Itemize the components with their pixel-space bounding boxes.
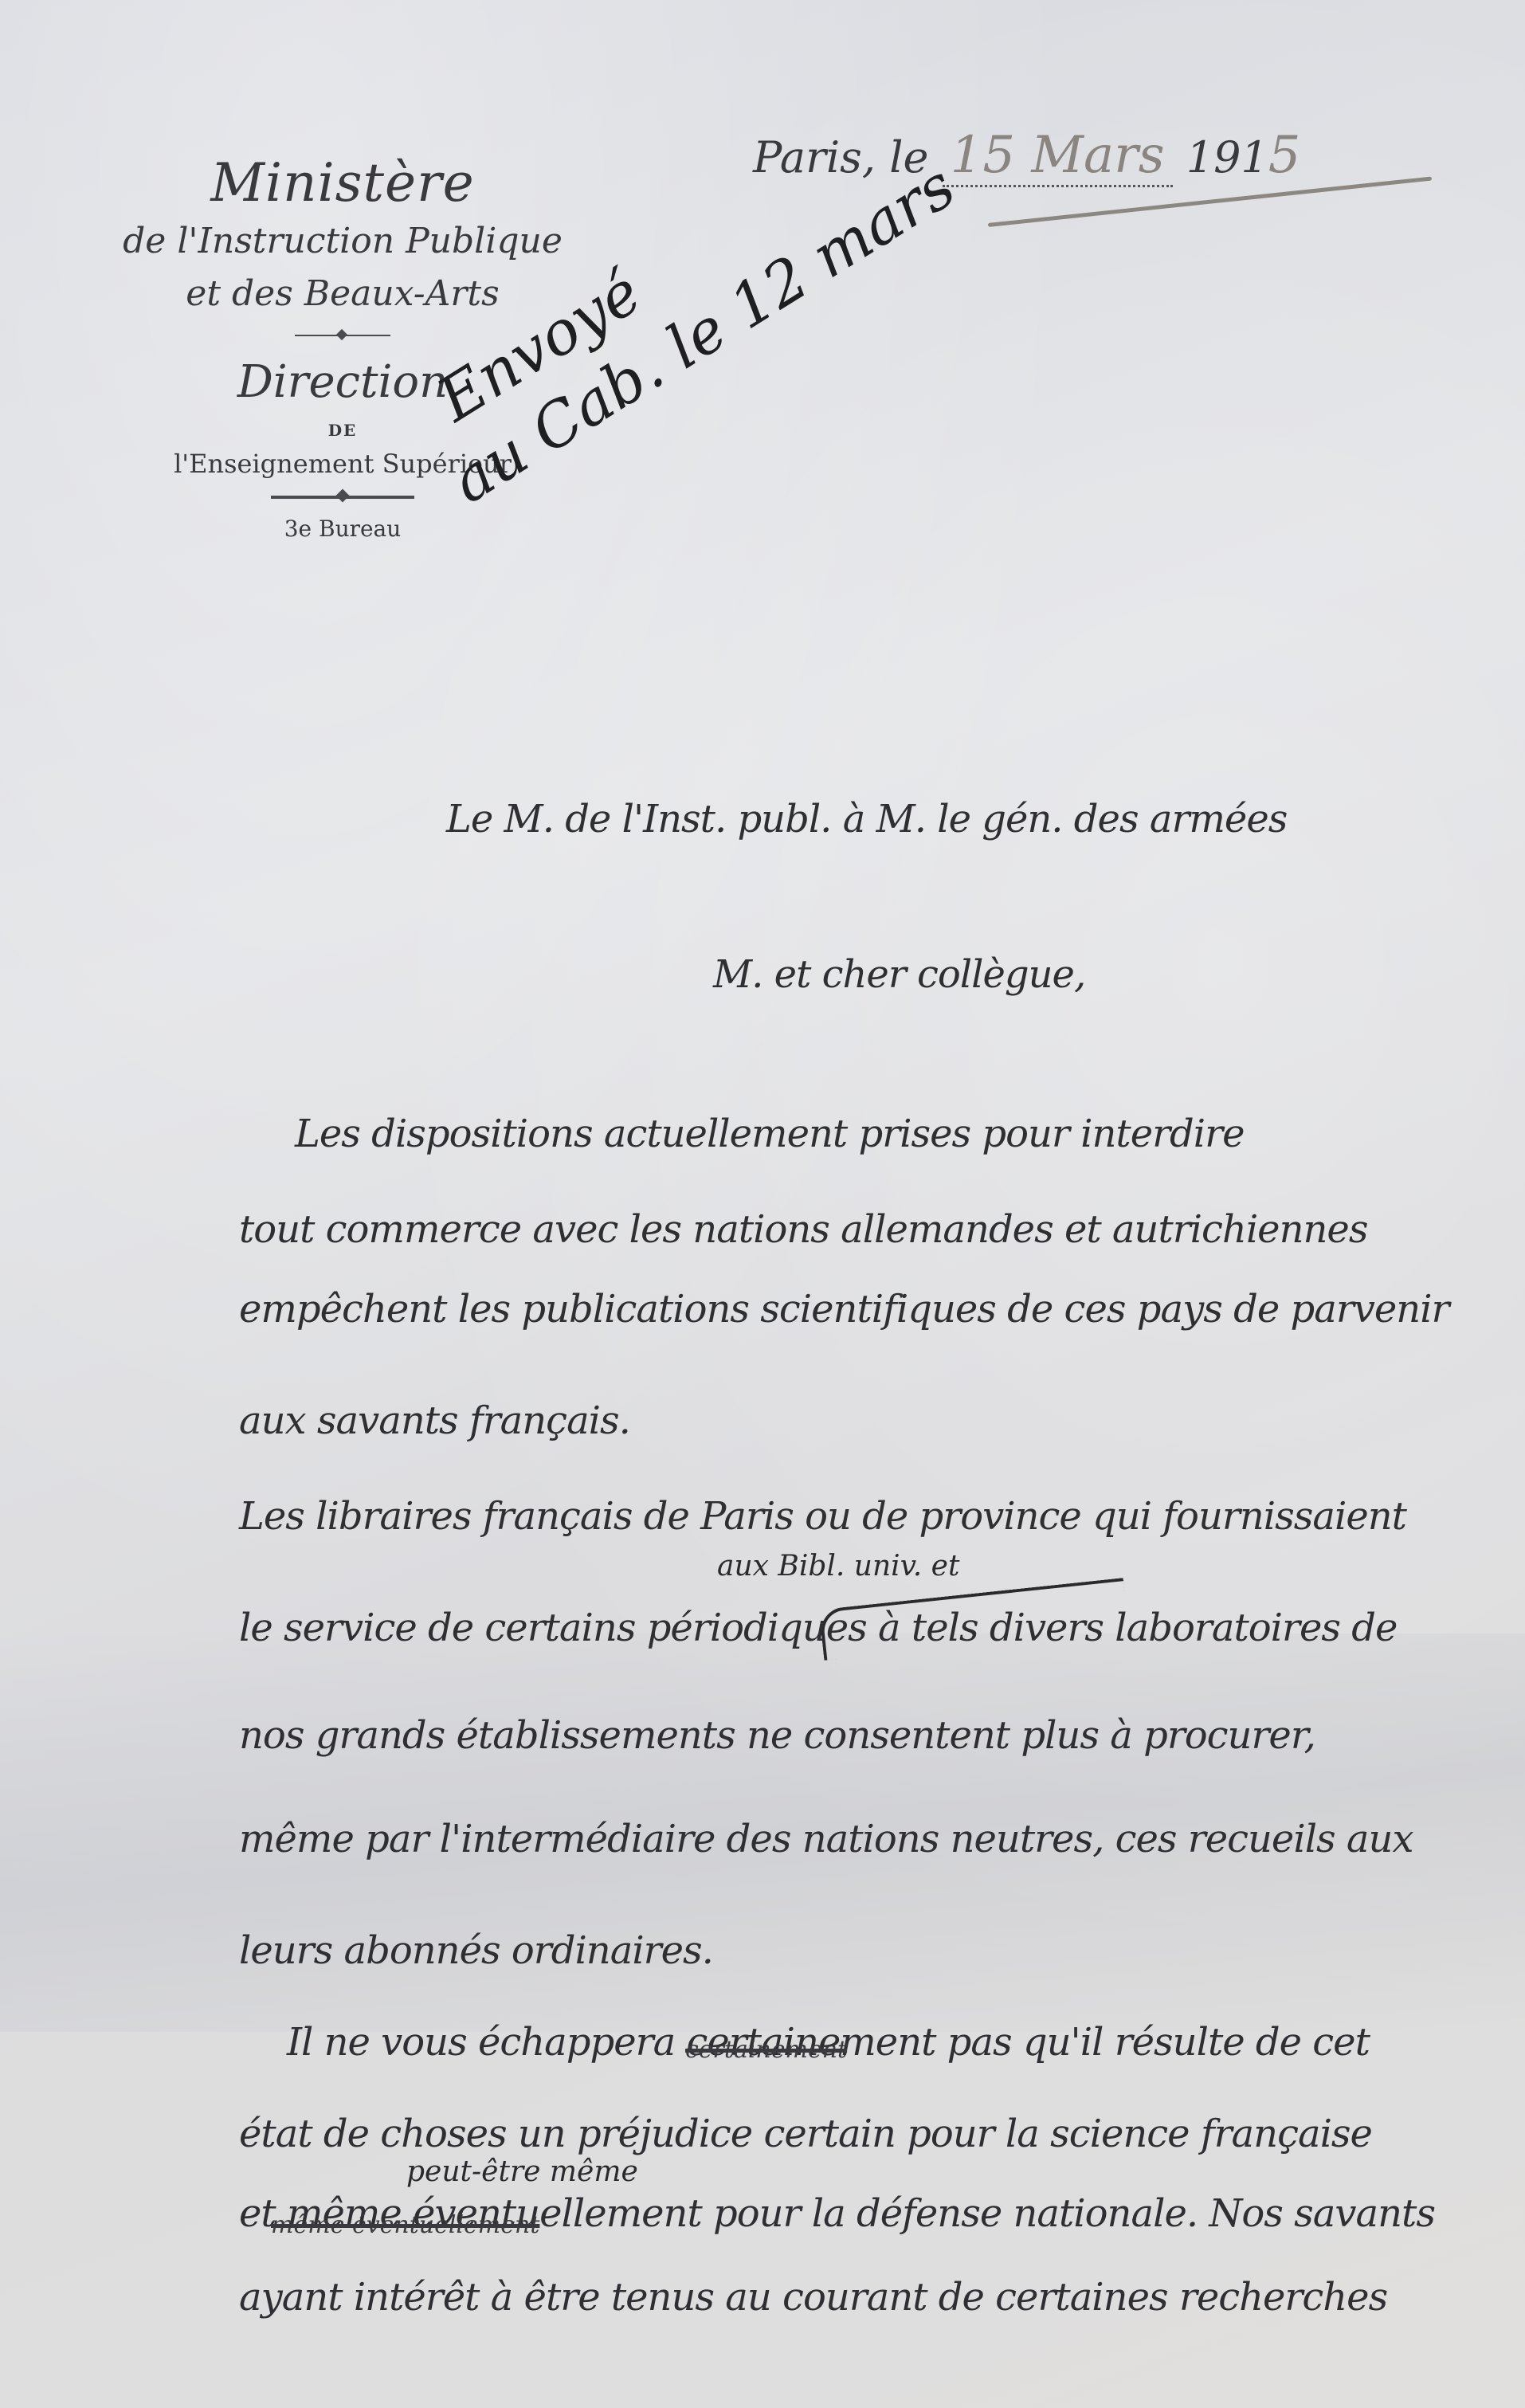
body-line: même par l'intermédiaire des nations neu… — [239, 1817, 1413, 1861]
ministry-title: Ministère — [48, 151, 637, 215]
body-line: état de choses un préjudice certain pour… — [239, 2112, 1372, 2156]
bureau-label: 3e Bureau — [48, 513, 637, 545]
body-line: empêchent les publications scientifiques… — [239, 1287, 1449, 1331]
body-line: nos grands établissements ne consentent … — [239, 1713, 1315, 1758]
date-year-handwritten: 5 — [1268, 126, 1301, 185]
body-line: ayant intérêt à être tenus au courant de… — [239, 2275, 1387, 2320]
ministry-line-2: de l'Instruction Publique — [48, 215, 637, 268]
body-line: Les libraires français de Paris ou de pr… — [239, 1494, 1406, 1539]
addressee: Le M. de l'Inst. publ. à M. le gén. des … — [446, 797, 1287, 841]
body-line: le service de certains périodiques à tel… — [239, 1606, 1397, 1650]
struck-phrase: même éventuellement — [271, 2211, 539, 2239]
insertion-text: aux Bibl. univ. et — [717, 1550, 959, 1582]
date-day-month: 15 Mars — [943, 126, 1173, 187]
struck-word: certainement — [685, 2036, 847, 2064]
body-line: aux savants français. — [239, 1398, 630, 1443]
date-year-printed: 191 — [1186, 132, 1268, 182]
insertion-text: peut-être même — [406, 2155, 638, 2188]
salutation: M. et cher collègue, — [713, 952, 1085, 997]
body-line: tout commerce avec les nations allemande… — [239, 1207, 1367, 1252]
body-line: leurs abonnés ordinaires. — [239, 1928, 713, 1973]
ornament-divider-icon — [271, 496, 414, 499]
body-line: Les dispositions actuellement prises pou… — [295, 1112, 1244, 1156]
ornament-divider-icon — [295, 335, 390, 336]
